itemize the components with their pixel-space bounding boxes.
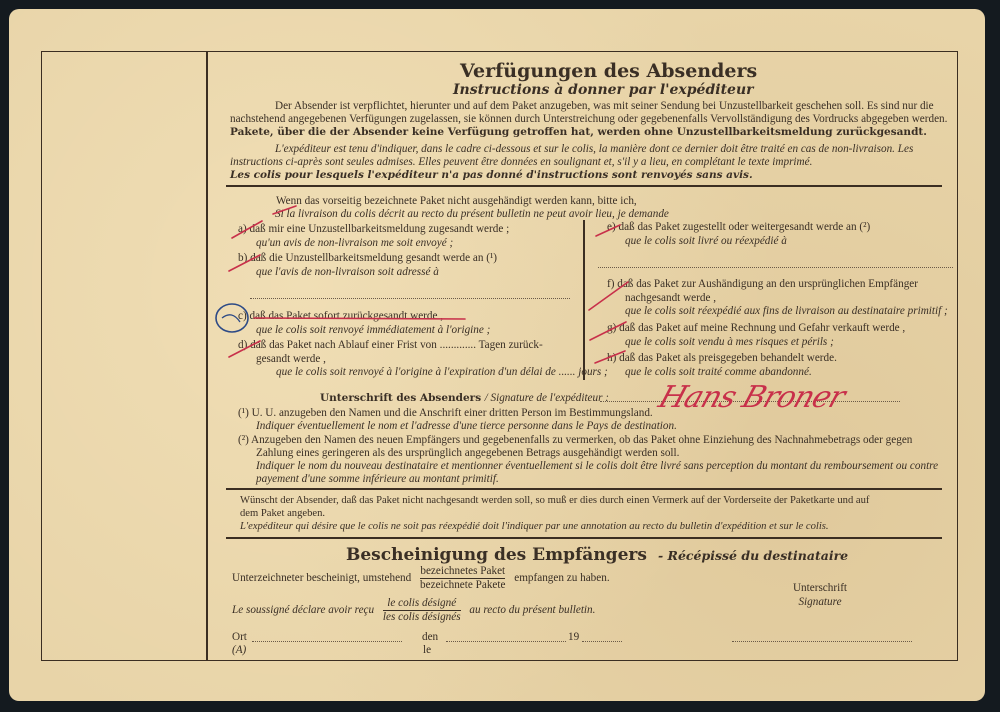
receipt-title: Bescheinigung des Empfängers - Récépissé… — [346, 545, 848, 565]
intro-de-2: nachstehend angegebenen Verfügungen zuge… — [230, 112, 947, 126]
year-label: 19 — [568, 630, 579, 644]
no-forward-de-1: Wünscht der Absender, daß das Paket nich… — [240, 494, 869, 508]
year-field[interactable] — [582, 641, 622, 642]
option-e[interactable]: e) daß das Paket zugestellt oder weiterg… — [607, 221, 870, 248]
intro-de-bold: Pakete, über die der Absender keine Verf… — [230, 125, 927, 139]
footnote-2-fr: Indiquer le nom du nouveau destinataire … — [256, 459, 938, 473]
date-label: den — [422, 630, 438, 644]
option-a[interactable]: a) daß mir eine Unzustellbarkeitsmeldung… — [238, 223, 509, 250]
options-column-divider — [583, 220, 585, 380]
place-label: Ort — [232, 630, 247, 644]
receipt-de: Unterzeichneter bescheinigt, umstehend b… — [232, 565, 610, 592]
date-label-fr: le — [423, 643, 431, 657]
intro-fr-1: L'expéditeur est tenu d'indiquer, dans l… — [275, 142, 913, 156]
sender-signature-handwritten: Hans Broner — [654, 380, 849, 415]
receipt-fr: Le soussigné déclare avoir reçu le colis… — [232, 597, 595, 624]
no-forward-fr: L'expéditeur qui désire que le colis ne … — [240, 520, 829, 534]
option-g[interactable]: g) daß das Paket auf meine Rechnung und … — [607, 322, 905, 349]
place-field[interactable] — [252, 641, 402, 642]
option-h[interactable]: h) daß das Paket als preisgegeben behand… — [607, 352, 837, 379]
footnote-2-de2: Zahlung eines geringeren als des ursprün… — [256, 446, 679, 460]
footnote-1: (¹) U. U. anzugeben den Namen und die An… — [238, 406, 653, 420]
title-fr: Instructions à donner par l'expéditeur — [453, 82, 754, 98]
left-column-divider — [206, 51, 208, 661]
receipt-signature-label: Unterschrift Signature — [790, 581, 850, 609]
option-d[interactable]: d) daß das Paket nach Ablauf einer Frist… — [238, 339, 608, 380]
receipt-signature-field[interactable] — [732, 641, 912, 642]
intro-fr-2: instructions ci-après sont seules admise… — [230, 155, 812, 169]
place-label-fr: (A) — [232, 643, 246, 657]
date-field[interactable] — [446, 641, 566, 642]
request-de: Wenn das vorseitig bezeichnete Paket nic… — [276, 194, 637, 208]
intro-de-1: Der Absender ist verpflichtet, hierunter… — [275, 99, 955, 113]
option-f[interactable]: f) daß das Paket zur Aushändigung an den… — [607, 278, 948, 319]
footnotes-divider — [226, 488, 942, 490]
intro-fr-bold: Les colis pour lesquels l'expéditeur n'a… — [230, 168, 753, 182]
footnote-2: (²) Anzugeben den Namen des neuen Empfän… — [238, 433, 912, 447]
receipt-divider — [226, 537, 942, 539]
option-c[interactable]: c) daß das Paket sofort zurückgesandt we… — [238, 310, 490, 337]
title-comma: , — [712, 60, 716, 76]
no-forward-de-2: dem Paket angeben. — [240, 507, 325, 521]
header-divider — [226, 185, 942, 187]
sender-signature-label: Unterschrift des Absenders / Signature d… — [320, 391, 609, 405]
footnote-1-fr: Indiquer éventuellement le nom et l'adre… — [256, 419, 677, 433]
request-fr: Si la livraison du colis décrit au recto… — [275, 207, 669, 221]
footnote-2-fr2: payement d'une somme inférieure au monta… — [256, 472, 499, 486]
option-b[interactable]: b) daß die Unzustellbarkeitsmeldung gesa… — [238, 252, 497, 279]
option-e-address-field[interactable] — [598, 267, 953, 268]
option-b-address-field[interactable] — [250, 298, 570, 299]
